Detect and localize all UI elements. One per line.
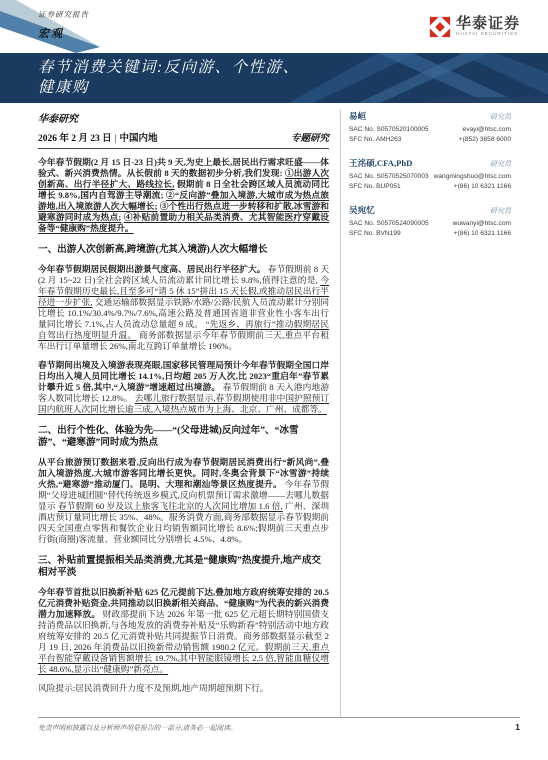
analyst-email: wangmingshuo@htsc.com	[434, 172, 511, 182]
date-region: 2026 年 2 月 23 日|中国内地	[38, 130, 158, 144]
analyst-phone: +(86) 10 6321 1166	[454, 182, 511, 192]
brand-name-cn: 华泰证券	[456, 16, 520, 31]
page-number: 1	[515, 722, 520, 732]
intro-paragraph: 今年春节假期(2 月 15 日-23 日)共 9 天,为史上最长,居民出行需求旺…	[38, 157, 329, 234]
doc-type-label: 专题研究	[291, 130, 329, 144]
section-1-paragraph-1: 今年春节假期居民假期出游景气度高、居民出行半径扩大。 春节假期前 8 天(2 月…	[38, 264, 329, 352]
analyst-sac: SAC No. S0570524090005	[349, 219, 429, 229]
section-heading-1: 一、出游人次创新高,跨境游(尤其入境游)人次大幅增长	[38, 244, 329, 257]
dateline: 2026 年 2 月 23 日|中国内地 专题研究	[38, 130, 329, 149]
analyst-role: 研究员	[490, 206, 511, 216]
huatai-logo-icon	[429, 16, 451, 38]
text-run: 2026 年消费品以旧换新带动销售额 1980.2 亿元。假期前三天,重点平台智…	[38, 642, 329, 674]
analyst-phone: +(852) 3658 6000	[459, 135, 511, 145]
analyst-email: evayi@htsc.com	[463, 125, 511, 135]
analyst-role: 研究员	[490, 112, 511, 122]
report-region: 中国内地	[120, 134, 158, 144]
text-run: 春节假期 60 岁及以上旅客飞往北京的人次同比增加 1.6 倍,	[58, 501, 283, 511]
analyst-name: 易峘	[349, 110, 366, 122]
report-date: 2026 年 2 月 23 日	[38, 134, 112, 144]
section-3-paragraph-1: 今年春节首批以旧换新补贴 625 亿元提前下达,叠加地方政府统筹安排的 20.5…	[38, 587, 329, 675]
analyst-sfc: SFC No. BUP051	[349, 182, 401, 192]
report-type-label: 证券研究报告	[38, 9, 89, 20]
analyst-phone: +(86) 10 6321 1166	[454, 229, 511, 239]
title-banner: 春节消费关键词:反向游、个性游、 健康购	[0, 53, 548, 103]
text-run: 今年春节假期居民假期出游景气度高、居民出行半径扩大。	[38, 264, 266, 274]
main-column: 华泰研究 2026 年 2 月 23 日|中国内地 专题研究 今年春节假期(2 …	[38, 110, 340, 718]
page-footer: 免责声明和披露以及分析师声明是报告的一部分,请务必一起阅读。 1	[38, 717, 520, 732]
disclaimer-text: 免责声明和披露以及分析师声明是报告的一部分,请务必一起阅读。	[38, 722, 237, 732]
analyst-card: 易峘 研究员 SAC No. S0570520100005 evayi@htsc…	[349, 110, 511, 144]
section-1-paragraph-2: 春节期间出境及入境游表现亮眼,国家移民管理局预计今年春节假期全国口岸日均出入境人…	[38, 360, 329, 415]
risk-note: 风险提示:居民消费回升力度不及预期,地产周期超预期下行。	[38, 683, 329, 694]
category-label: 宏观	[38, 25, 64, 41]
content-area: 华泰研究 2026 年 2 月 23 日|中国内地 专题研究 今年春节假期(2 …	[38, 110, 522, 718]
analyst-column: 易峘 研究员 SAC No. S0570520100005 evayi@htsc…	[340, 110, 511, 718]
analyst-sac: SAC No. S0570525070003	[349, 172, 429, 182]
section-2-paragraph-1: 从平台旅游预订数据来看,反向出行成为春节假期居民消费出行“新风尚”,叠加入境游热…	[38, 457, 329, 545]
section-heading-2: 二、出行个性化、体验为先——“(父母进城)反向过年”、“冰雪游”、“避寒游”同时…	[38, 425, 329, 450]
date-separator: |	[112, 134, 120, 144]
analyst-sac: SAC No. S0570520100005	[349, 125, 429, 135]
analyst-card: 王洺硕,CFA,PhD 研究员 SAC No. S0570525070003 w…	[349, 157, 511, 191]
analyst-role: 研究员	[490, 159, 511, 169]
series-label: 华泰研究	[38, 110, 329, 125]
brand-name-en: HUATAI SECURITIES	[456, 33, 520, 38]
analyst-card: 吴宛忆 研究员 SAC No. S0570524090005 wuwanyi@h…	[349, 204, 511, 238]
huatai-brand: 华泰证券 HUATAI SECURITIES	[429, 16, 520, 38]
report-page: 证券研究报告 宏观 华泰证券 HUATAI SECURITIES	[0, 0, 548, 760]
analyst-name: 吴宛忆	[349, 204, 375, 216]
analyst-name: 王洺硕,CFA,PhD	[349, 157, 412, 169]
analyst-email: wuwanyi@htsc.com	[453, 219, 511, 229]
analyst-sfc: SFC No. BVN199	[349, 229, 401, 239]
analyst-sfc: SFC No. AMH263	[349, 135, 401, 145]
section-heading-3: 三、补贴前置提振相关品类消费,尤其是“健康购”热度提升,地产成交相对平淡	[38, 555, 329, 580]
page-title: 春节消费关键词:反向游、个性游、 健康购	[0, 53, 548, 98]
